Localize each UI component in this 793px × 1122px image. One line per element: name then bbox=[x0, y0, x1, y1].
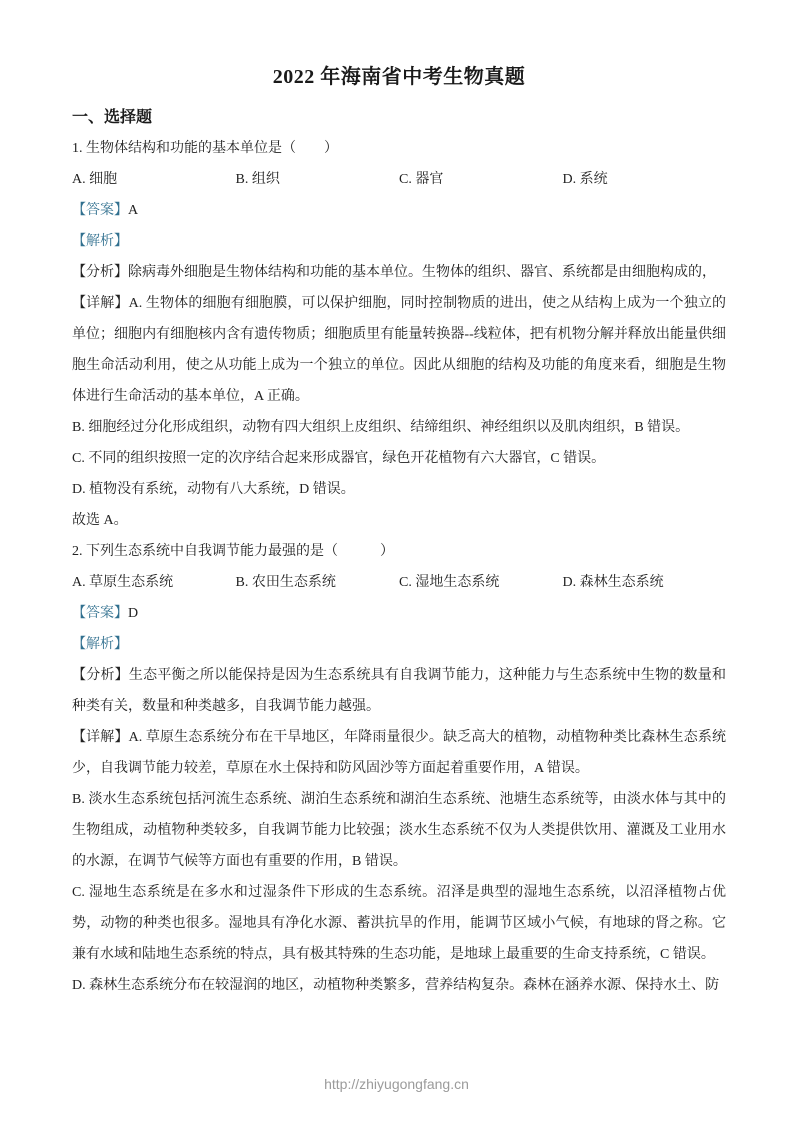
question-1-options: A. 细胞 B. 组织 C. 器官 D. 系统 bbox=[72, 164, 726, 195]
question-1-analysis-paragraph: 【分析】除病毒外细胞是生物体结构和功能的基本单位。生物体的组织、器官、系统都是由… bbox=[72, 257, 726, 288]
page-title: 2022 年海南省中考生物真题 bbox=[72, 58, 726, 96]
question-2-detail-paragraph-a: 【详解】A. 草原生态系统分布在干旱地区，年降雨量很少。缺乏高大的植物，动植物种… bbox=[72, 722, 726, 784]
question-2: 2. 下列生态系统中自我调节能力最强的是（ ） A. 草原生态系统 B. 农田生… bbox=[72, 536, 726, 1001]
question-2-answer-line: 【答案】D bbox=[72, 598, 726, 629]
question-1-detail-paragraph-d: D. 植物没有系统，动物有八大系统，D 错误。 bbox=[72, 474, 726, 505]
footer-link[interactable]: http://zhiyugongfang.cn bbox=[324, 1076, 469, 1092]
question-2-option-c: C. 湿地生态系统 bbox=[399, 567, 563, 598]
question-2-options: A. 草原生态系统 B. 农田生态系统 C. 湿地生态系统 D. 森林生态系统 bbox=[72, 567, 726, 598]
question-2-detail-paragraph-d: D. 森林生态系统分布在较湿润的地区，动植物种类繁多，营养结构复杂。森林在涵养水… bbox=[72, 970, 726, 1001]
question-2-analysis-label-line: 【解析】 bbox=[72, 629, 726, 660]
section-heading: 一、选择题 bbox=[72, 102, 726, 133]
question-1-option-a: A. 细胞 bbox=[72, 164, 236, 195]
question-1: 1. 生物体结构和功能的基本单位是（ ） A. 细胞 B. 组织 C. 器官 D… bbox=[72, 133, 726, 536]
question-2-stem: 2. 下列生态系统中自我调节能力最强的是（ ） bbox=[72, 536, 726, 567]
question-1-option-d: D. 系统 bbox=[563, 164, 727, 195]
question-1-conclusion: 故选 A。 bbox=[72, 505, 726, 536]
question-1-analysis-label-line: 【解析】 bbox=[72, 226, 726, 257]
answer-label: 【答案】 bbox=[72, 203, 128, 218]
question-2-option-a: A. 草原生态系统 bbox=[72, 567, 236, 598]
question-1-option-c: C. 器官 bbox=[399, 164, 563, 195]
page-content: 2022 年海南省中考生物真题 一、选择题 1. 生物体结构和功能的基本单位是（… bbox=[0, 0, 793, 1001]
question-2-option-b: B. 农田生态系统 bbox=[236, 567, 400, 598]
answer-label: 【答案】 bbox=[72, 606, 128, 621]
question-1-stem: 1. 生物体结构和功能的基本单位是（ ） bbox=[72, 133, 726, 164]
question-1-answer-line: 【答案】A bbox=[72, 195, 726, 226]
question-1-answer-value: A bbox=[128, 203, 138, 218]
analysis-label: 【解析】 bbox=[72, 637, 128, 652]
page-footer: http://zhiyugongfang.cn bbox=[0, 1076, 793, 1094]
question-2-answer-value: D bbox=[128, 606, 138, 621]
question-2-detail-paragraph-b: B. 淡水生态系统包括河流生态系统、湖泊生态系统和湖泊生态系统、池塘生态系统等，… bbox=[72, 784, 726, 877]
exam-page: 2022 年海南省中考生物真题 一、选择题 1. 生物体结构和功能的基本单位是（… bbox=[0, 0, 793, 1122]
question-1-detail-paragraph-c: C. 不同的组织按照一定的次序结合起来形成器官，绿色开花植物有六大器官，C 错误… bbox=[72, 443, 726, 474]
analysis-label: 【解析】 bbox=[72, 234, 128, 249]
question-1-detail-paragraph-b: B. 细胞经过分化形成组织，动物有四大组织上皮组织、结缔组织、神经组织以及肌肉组… bbox=[72, 412, 726, 443]
question-2-analysis-paragraph: 【分析】生态平衡之所以能保持是因为生态系统具有自我调节能力，这种能力与生态系统中… bbox=[72, 660, 726, 722]
question-1-detail-paragraph-a: 【详解】A. 生物体的细胞有细胞膜，可以保护细胞，同时控制物质的进出，使之从结构… bbox=[72, 288, 726, 412]
question-2-detail-paragraph-c: C. 湿地生态系统是在多水和过湿条件下形成的生态系统。沼泽是典型的湿地生态系统，… bbox=[72, 877, 726, 970]
question-2-option-d: D. 森林生态系统 bbox=[563, 567, 727, 598]
question-1-option-b: B. 组织 bbox=[236, 164, 400, 195]
